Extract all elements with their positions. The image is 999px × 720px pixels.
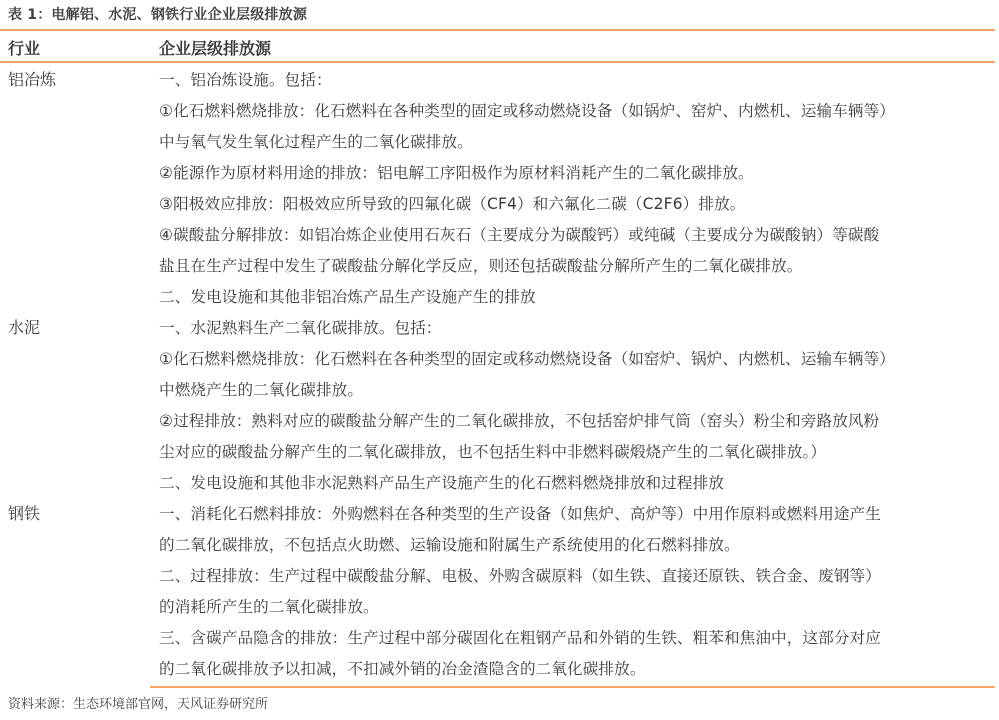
row-line: 二、发电设施和其他非铝冶炼产品生产设施产生的排放 bbox=[159, 285, 536, 307]
row-line: 尘对应的碳酸盐分解产生的二氧化碳排放，也不包括生料中非燃料碳煅烧产生的二氧化碳排… bbox=[159, 440, 826, 462]
row-line: ②能源作为原材料用途的排放：铝电解工序阳极作为原材料消耗产生的二氧化碳排放。 bbox=[159, 161, 754, 183]
header-rule bbox=[0, 61, 995, 63]
header-emission-source: 企业层级排放源 bbox=[159, 36, 271, 59]
top-rule bbox=[0, 29, 995, 31]
row-line: 中燃烧产生的二氧化碳排放。 bbox=[159, 378, 363, 400]
industry-aluminum: 铝冶炼 bbox=[8, 67, 56, 90]
row-line: 三、含碳产品隐含的排放：生产过程中部分碳固化在粗钢产品和外销的生铁、粗苯和焦油中… bbox=[159, 626, 881, 648]
row-line: 一、消耗化石燃料排放：外购燃料在各种类型的生产设备（如焦炉、高炉等）中用作原料或… bbox=[159, 502, 881, 524]
row-line: 二、发电设施和其他非水泥熟料产品生产设施产生的化石燃料燃烧排放和过程排放 bbox=[159, 471, 724, 493]
row-line: ②过程排放：熟料对应的碳酸盐分解产生的二氧化碳排放，不包括窑炉排气筒（窑头）粉尘… bbox=[159, 409, 879, 431]
industry-cement: 水泥 bbox=[8, 315, 40, 338]
source-note: 资料来源：生态环境部官网，天风证券研究所 bbox=[8, 693, 268, 712]
row-line: 盐且在生产过程中发生了碳酸盐分解化学反应，则还包括碳酸盐分解所产生的二氧化碳排放… bbox=[159, 254, 802, 276]
bottom-rule bbox=[150, 686, 995, 688]
row-line: 二、过程排放：生产过程中碳酸盐分解、电极、外购含碳原料（如生铁、直接还原铁、铁合… bbox=[159, 564, 881, 586]
row-line: ④碳酸盐分解排放：如铝冶炼企业使用石灰石（主要成分为碳酸钙）或纯碱（主要成分为碳… bbox=[159, 223, 879, 245]
industry-steel: 钢铁 bbox=[8, 501, 40, 524]
row-line: ①化石燃料燃烧排放：化石燃料在各种类型的固定或移动燃烧设备（如窑炉、锅炉、内燃机… bbox=[159, 347, 895, 369]
header-industry: 行业 bbox=[8, 36, 40, 59]
row-line: 的二氧化碳排放予以扣减，不扣减外销的冶金渣隐含的二氧化碳排放。 bbox=[159, 657, 646, 679]
row-line: 一、铝冶炼设施。包括： bbox=[159, 68, 332, 90]
row-line: 中与氧气发生氧化过程产生的二氧化碳排放。 bbox=[159, 130, 473, 152]
row-line: 的消耗所产生的二氧化碳排放。 bbox=[159, 595, 379, 617]
table-caption: 表 1：电解铝、水泥、钢铁行业企业层级排放源 bbox=[8, 4, 307, 24]
row-line: 的二氧化碳排放，不包括点火助燃、运输设施和附属生产系统使用的化石燃料排放。 bbox=[159, 533, 740, 555]
row-line: ③阳极效应排放：阳极效应所导致的四氟化碳（CF4）和六氟化二碳（C2F6）排放。 bbox=[159, 192, 745, 214]
row-line: 一、水泥熟料生产二氧化碳排放。包括： bbox=[159, 316, 442, 338]
row-line: ①化石燃料燃烧排放：化石燃料在各种类型的固定或移动燃烧设备（如锅炉、窑炉、内燃机… bbox=[159, 99, 895, 121]
